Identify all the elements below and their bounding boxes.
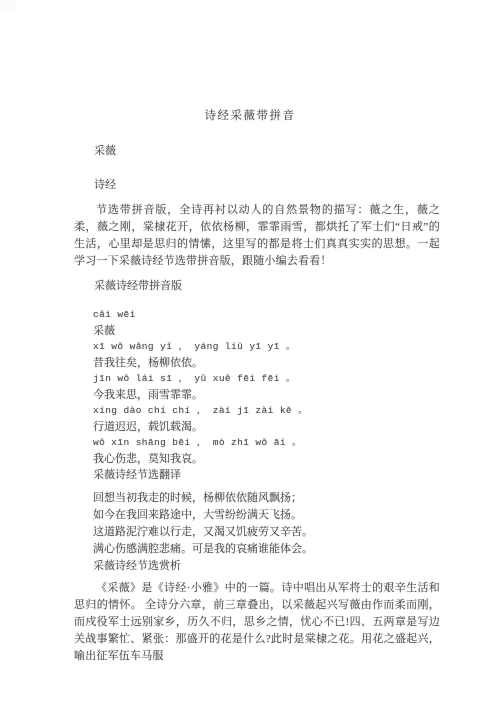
poem-block: cǎi wēi 采薇 xī wǒ wǎng yǐ ， yáng liǔ yī y… [74, 307, 440, 483]
poem-line-hanzi: 今我来思，雨雪霏霏。 [93, 387, 440, 403]
document-page: 诗经采薇带拼音 采薇 诗经 节选带拼音版，全诗再衬以动人的自然景物的描写：薇之生… [0, 0, 500, 707]
page-title: 诗经采薇带拼音 [0, 0, 500, 125]
translation-line: 这道路泥泞难以行走，又渴又饥疲劳又辛苦。 [93, 524, 440, 541]
heading-source: 诗经 [74, 177, 440, 194]
poem-line-pinyin: jīn wǒ lái sī ， yǔ xuě fēi fēi 。 [93, 371, 440, 387]
document-body: 采薇 诗经 节选带拼音版，全诗再衬以动人的自然景物的描写：薇之生，薇之柔，薇之刚… [74, 143, 440, 665]
translation-line: 如今在我回来路途中，大雪纷纷满天飞扬。 [93, 507, 440, 524]
heading-pinyin-section: 采薇诗经带拼音版 [74, 278, 440, 295]
translation-line: 回想当初我走的时候，杨柳依依随风飘扬； [93, 490, 440, 507]
heading-poem-name: 采薇 [74, 143, 440, 160]
heading-translation-section: 采薇诗经节选翻译 [93, 467, 440, 483]
poem-line-pinyin: wǒ xīn shāng bēi ， mò zhī wǒ āi 。 [93, 435, 440, 451]
poem-line-pinyin: xī wǒ wǎng yǐ ， yáng liǔ yī yī 。 [93, 339, 440, 355]
translation-line: 满心伤感满腔悲痛。可是我的哀痛谁能体会。 [93, 541, 440, 558]
poem-line-hanzi: 我心伤悲，莫知我哀。 [93, 451, 440, 467]
heading-analysis-section: 采薇诗经节选赏析 [93, 558, 440, 575]
scan-corner-artifact [0, 0, 16, 13]
poem-line-hanzi: 行道迟迟，载饥载渴。 [93, 419, 440, 435]
poem-line-pinyin: xíng dào chí chí ， zài jī zài kě 。 [93, 403, 440, 419]
poem-title-pinyin: cǎi wēi [93, 307, 440, 323]
translation-block: 回想当初我走的时候，杨柳依依随风飘扬； 如今在我回来路途中，大雪纷纷满天飞扬。 … [74, 490, 440, 575]
analysis-paragraph: 《采薇》是《诗经·小雅》中的一篇。诗中唱出从军将士的艰辛生活和思归的情怀。 全诗… [74, 580, 440, 665]
intro-paragraph: 节选带拼音版，全诗再衬以动人的自然景物的描写：薇之生，薇之柔，薇之刚，棠棣花开，… [74, 202, 440, 270]
poem-title-hanzi: 采薇 [93, 323, 440, 339]
poem-line-hanzi: 昔我往矣，杨柳依依。 [93, 355, 440, 371]
